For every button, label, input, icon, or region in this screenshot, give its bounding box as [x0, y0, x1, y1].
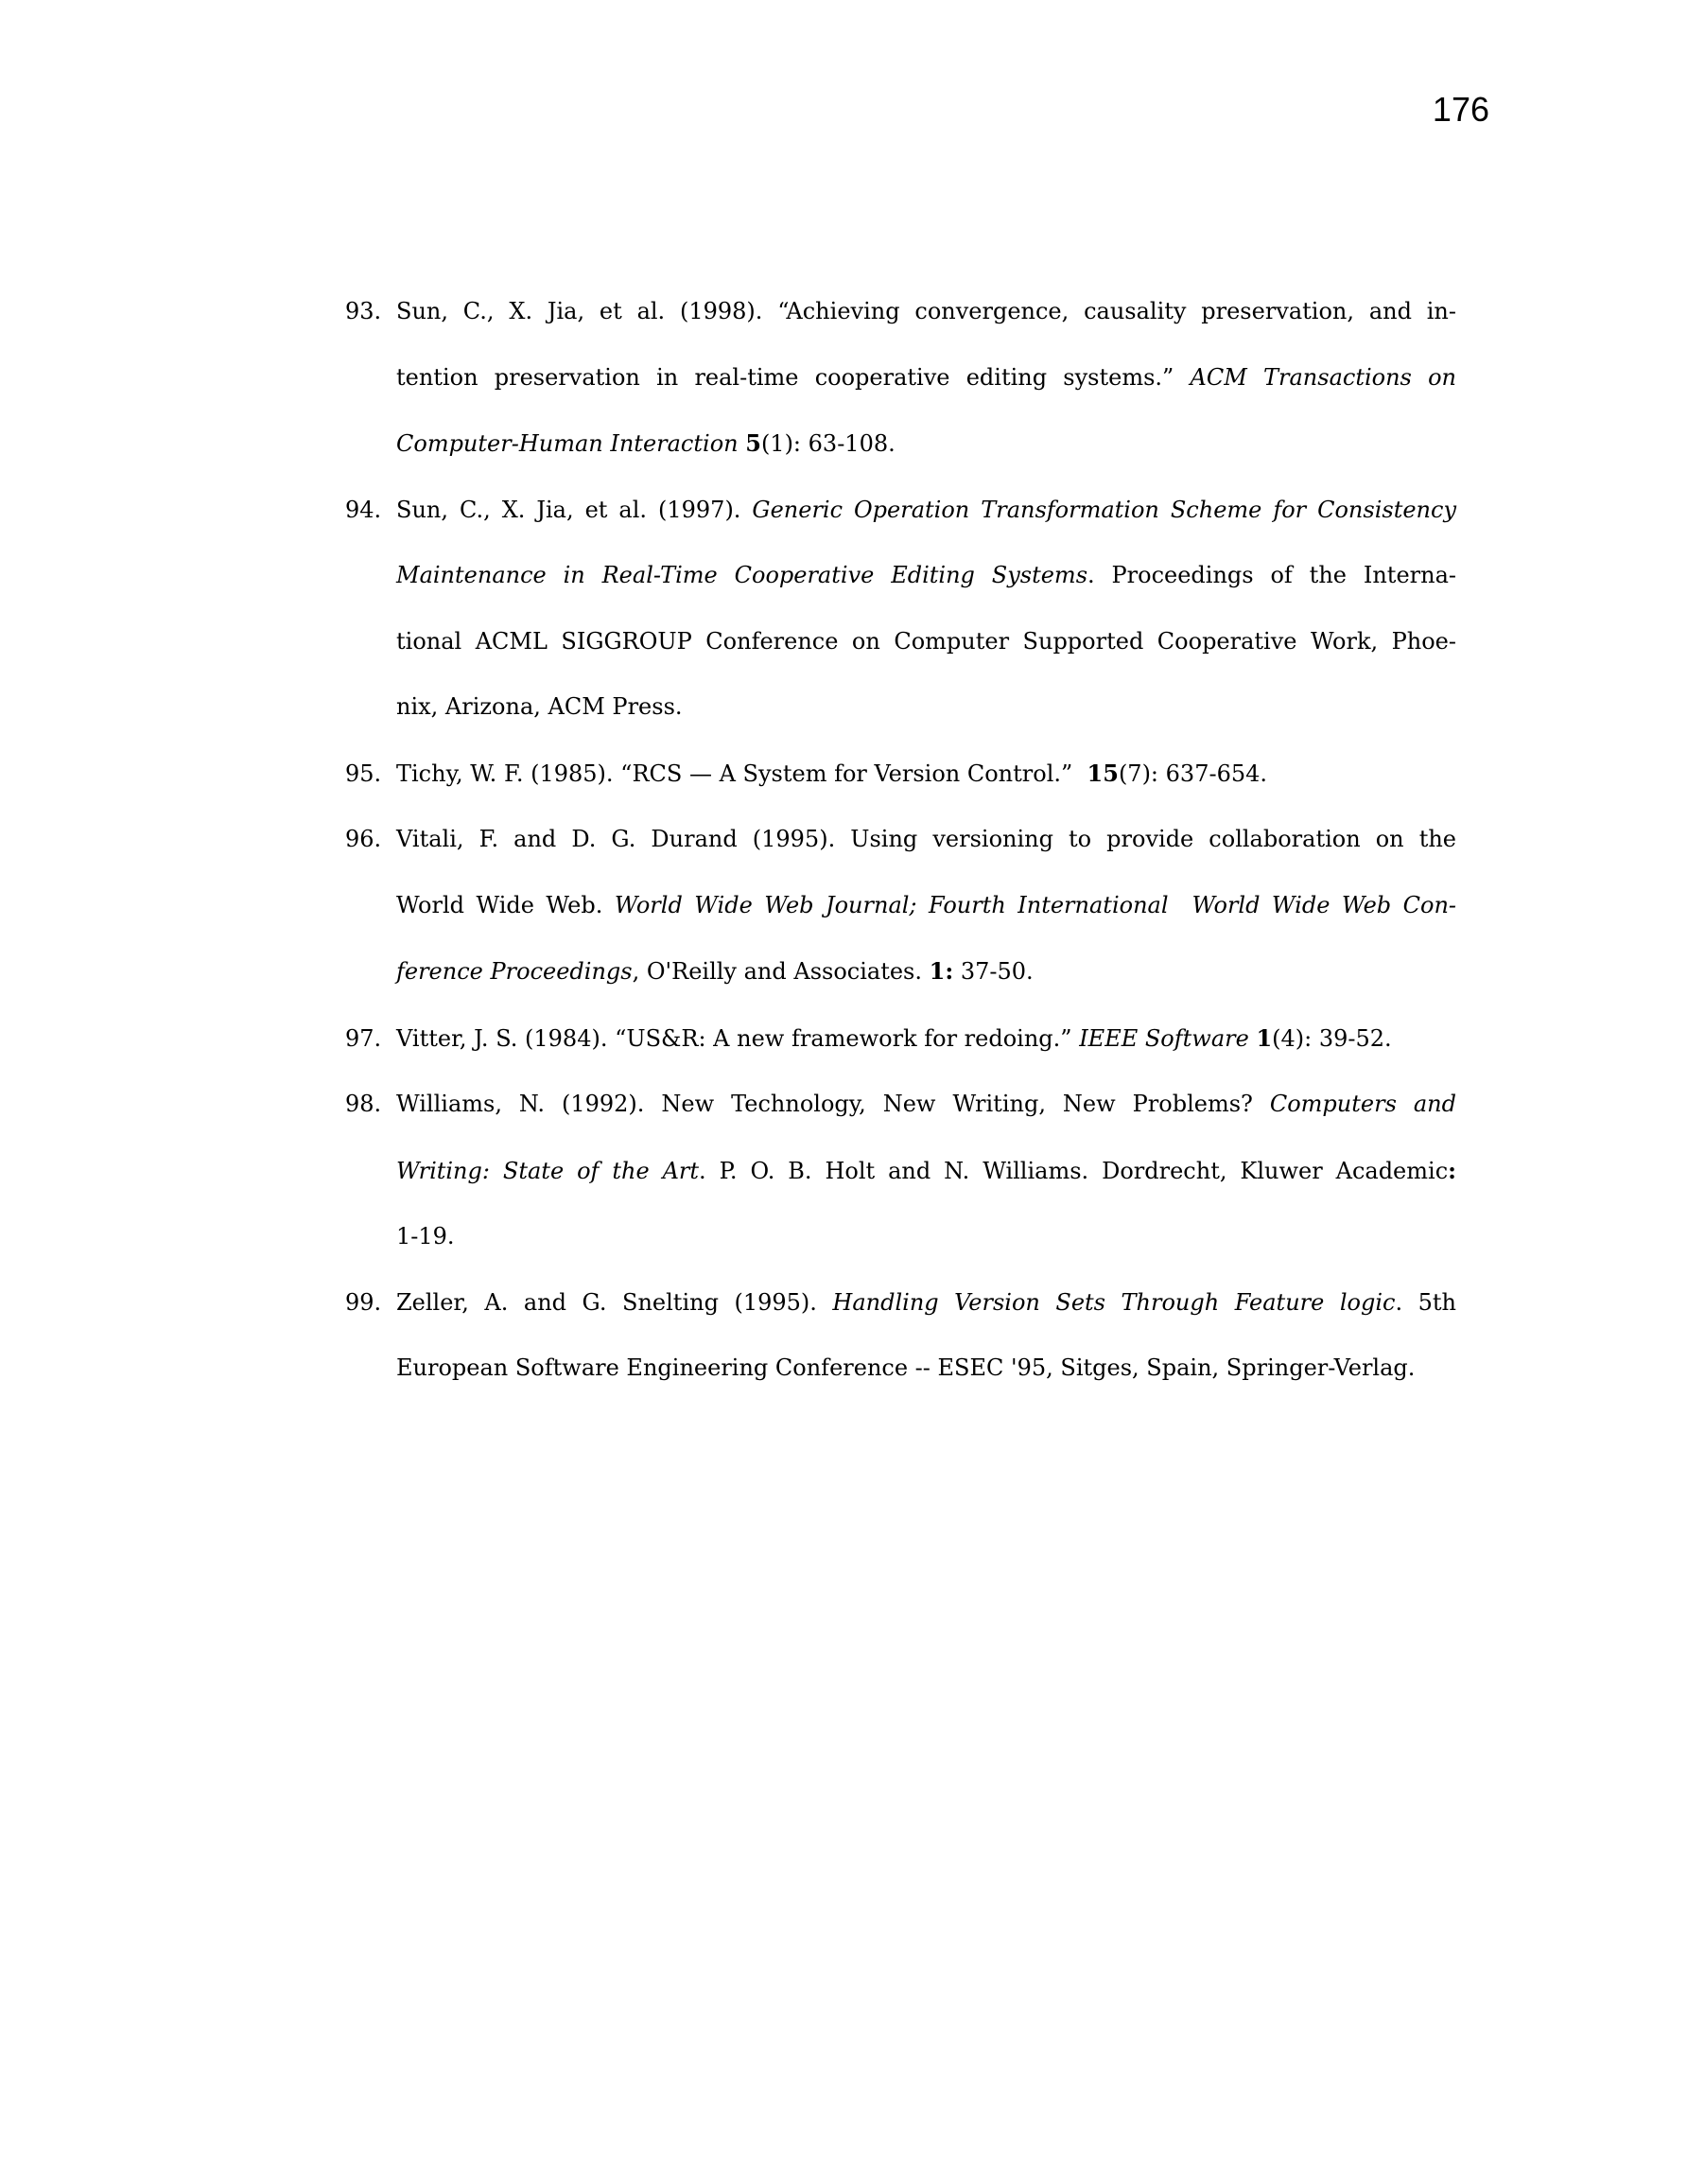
reference-line: nix, Arizona, ACM Press.: [345, 674, 1456, 741]
reference-item: 98.Williams, N. (1992). New Technology, …: [345, 1072, 1456, 1270]
reference-line: tention preservation in real-time cooper…: [345, 345, 1456, 411]
reference-text-segment: . P. O. B. Holt and N. Williams. Dordrec…: [699, 1158, 1448, 1184]
reference-text-segment: 37-50.: [953, 958, 1033, 985]
reference-number: 94.: [345, 478, 396, 544]
reference-text-segment: (4): 39-52.: [1272, 1025, 1392, 1052]
reference-item: 96.Vitali, F. and D. G. Durand (1995). U…: [345, 807, 1456, 1005]
reference-number: 95.: [345, 742, 396, 808]
reference-text-segment: nix, Arizona, ACM Press.: [396, 693, 683, 720]
reference-text-segment: Williams, N. (1992). New Technology, New…: [396, 1091, 1270, 1117]
reference-line: 97.Vitter, J. S. (1984). “US&R: A new fr…: [345, 1005, 1456, 1073]
reference-number: 98.: [345, 1072, 396, 1138]
reference-item: 95.Tichy, W. F. (1985). “RCS — A System …: [345, 741, 1456, 808]
reference-text-segment: European Software Engineering Conference…: [396, 1354, 1415, 1381]
reference-text-segment: Sun, C., X. Jia, et al. (1998). “Achievi…: [396, 298, 1456, 324]
reference-list: 93.Sun, C., X. Jia, et al. (1998). “Achi…: [345, 279, 1456, 1402]
reference-text-segment: ference Proceedings: [396, 958, 633, 985]
reference-text-segment: :: [1448, 1157, 1456, 1184]
reference-line: 93.Sun, C., X. Jia, et al. (1998). “Achi…: [345, 279, 1456, 345]
reference-item: 94.Sun, C., X. Jia, et al. (1997). Gener…: [345, 478, 1456, 741]
reference-line: 98.Williams, N. (1992). New Technology, …: [345, 1072, 1456, 1138]
reference-text-segment: Handling Version Sets Through Feature lo…: [832, 1289, 1395, 1316]
reference-text-segment: Computers and: [1270, 1091, 1456, 1117]
reference-text-segment: World Wide Web Journal; Fourth Internati…: [615, 892, 1456, 918]
reference-text-segment: , O'Reilly and Associates.: [633, 958, 930, 985]
reference-text-segment: (7): 637-654.: [1119, 760, 1267, 787]
reference-text-segment: tention preservation in real-time cooper…: [396, 364, 1191, 391]
reference-text-segment: (1): 63-108.: [761, 430, 896, 457]
reference-text-segment: Sun, C., X. Jia, et al. (1997).: [396, 497, 752, 523]
reference-item: 93.Sun, C., X. Jia, et al. (1998). “Achi…: [345, 279, 1456, 478]
reference-text-segment: Tichy, W. F. (1985). “RCS — A System for…: [396, 760, 1087, 787]
document-page: 176 93.Sun, C., X. Jia, et al. (1998). “…: [0, 0, 1687, 2184]
reference-text-segment: IEEE Software: [1079, 1025, 1256, 1052]
reference-text-segment: Zeller, A. and G. Snelting (1995).: [396, 1289, 832, 1316]
reference-line: ference Proceedings, O'Reilly and Associ…: [345, 938, 1456, 1005]
reference-line: World Wide Web. World Wide Web Journal; …: [345, 873, 1456, 939]
reference-line: Maintenance in Real-Time Cooperative Edi…: [345, 543, 1456, 609]
reference-text-segment: 1-19.: [396, 1223, 455, 1249]
reference-line: European Software Engineering Conference…: [345, 1336, 1456, 1402]
reference-line: 1-19.: [345, 1204, 1456, 1270]
reference-text-segment: Writing: State of the Art: [396, 1158, 699, 1184]
reference-line: 96.Vitali, F. and D. G. Durand (1995). U…: [345, 807, 1456, 873]
reference-number: 97.: [345, 1006, 396, 1073]
reference-text-segment: . Proceedings of the Interna-: [1087, 562, 1456, 588]
reference-line: tional ACML SIGGROUP Conference on Compu…: [345, 609, 1456, 675]
reference-text-segment: Vitali, F. and D. G. Durand (1995). Usin…: [396, 826, 1456, 852]
reference-text-segment: 1: [1256, 1024, 1272, 1052]
reference-text-segment: Computer-Human Interaction: [396, 430, 745, 457]
reference-item: 99.Zeller, A. and G. Snelting (1995). Ha…: [345, 1270, 1456, 1402]
reference-line: 95.Tichy, W. F. (1985). “RCS — A System …: [345, 741, 1456, 808]
reference-number: 93.: [345, 279, 396, 345]
page-number: 176: [1433, 93, 1489, 127]
reference-text-segment: 5: [745, 429, 761, 457]
reference-text-segment: Vitter, J. S. (1984). “US&R: A new frame…: [396, 1025, 1079, 1052]
reference-text-segment: . 5th: [1395, 1289, 1456, 1316]
reference-text-segment: 1:: [930, 957, 954, 985]
reference-number: 96.: [345, 807, 396, 873]
reference-text-segment: World Wide Web.: [396, 892, 615, 918]
reference-text-segment: Maintenance in Real-Time Cooperative Edi…: [396, 562, 1087, 588]
reference-text-segment: Generic Operation Transformation Scheme …: [752, 497, 1456, 523]
reference-number: 99.: [345, 1270, 396, 1337]
reference-line: 99.Zeller, A. and G. Snelting (1995). Ha…: [345, 1270, 1456, 1337]
reference-line: Writing: State of the Art. P. O. B. Holt…: [345, 1138, 1456, 1205]
reference-text-segment: tional ACML SIGGROUP Conference on Compu…: [396, 628, 1456, 655]
reference-text-segment: ACM Transactions on: [1191, 364, 1456, 391]
reference-line: 94.Sun, C., X. Jia, et al. (1997). Gener…: [345, 478, 1456, 544]
reference-text-segment: 15: [1087, 760, 1119, 787]
reference-line: Computer-Human Interaction 5(1): 63-108.: [345, 411, 1456, 478]
reference-item: 97.Vitter, J. S. (1984). “US&R: A new fr…: [345, 1005, 1456, 1073]
